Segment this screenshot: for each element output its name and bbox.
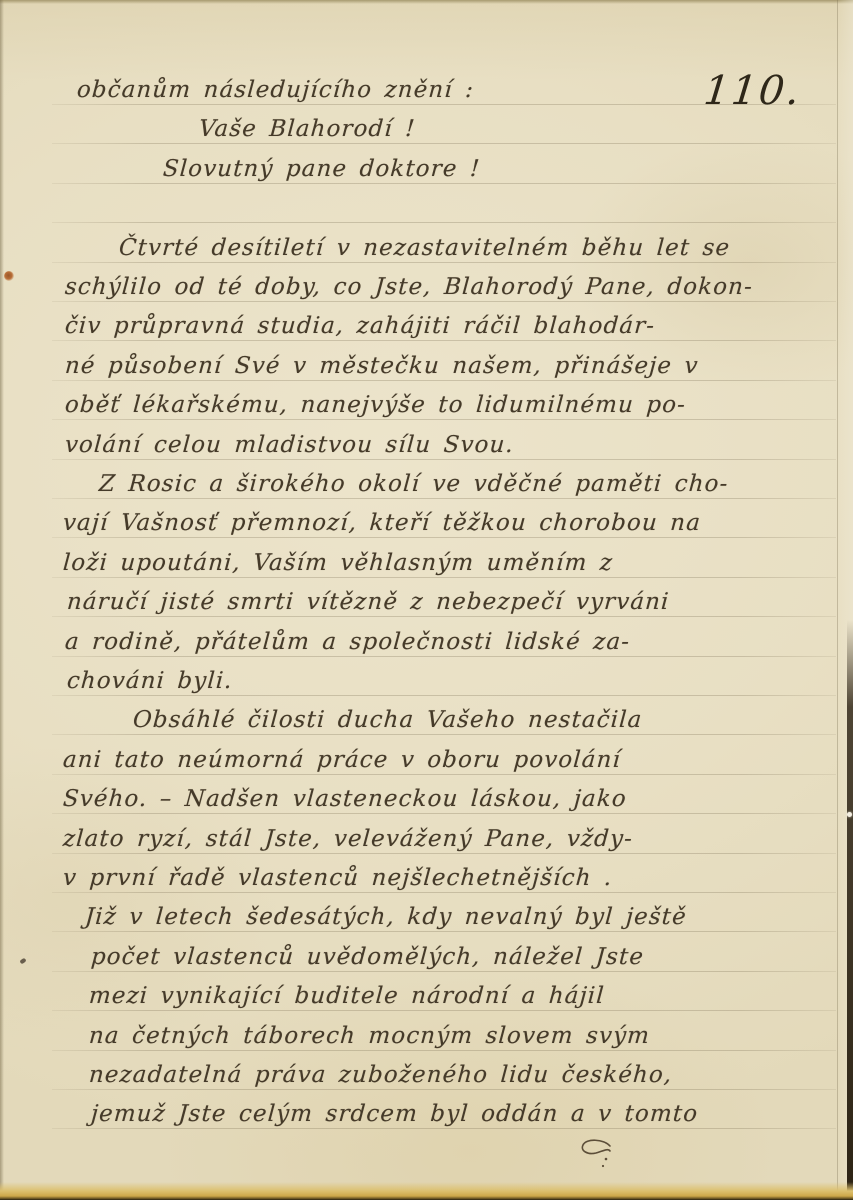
ruled-line bbox=[52, 971, 836, 972]
text-line: Z Rosic a širokého okolí ve vděčné pamět… bbox=[98, 471, 729, 497]
ruled-line bbox=[52, 498, 836, 499]
text-line: schýlilo od té doby, co Jste, Blahorodý … bbox=[64, 274, 754, 300]
text-line: jemuž Jste celým srdcem byl oddán a v to… bbox=[90, 1101, 699, 1127]
ink-speck bbox=[19, 958, 26, 965]
ruled-line bbox=[52, 853, 836, 854]
ruled-line bbox=[52, 734, 836, 735]
flourish-mark bbox=[576, 1138, 616, 1172]
ruled-line bbox=[52, 262, 836, 263]
ruled-line bbox=[52, 1089, 836, 1090]
text-line: mezi vynikající buditele národní a hájil bbox=[88, 983, 606, 1009]
ruled-line bbox=[52, 222, 836, 223]
ruled-line bbox=[52, 1010, 836, 1011]
scan-edge-top bbox=[0, 0, 853, 4]
text-line: náručí jisté smrti vítězně z nebezpečí v… bbox=[66, 589, 670, 615]
text-line: volání celou mladistvou sílu Svou. bbox=[64, 432, 515, 458]
text-line: né působení Své v městečku našem, přináš… bbox=[64, 353, 700, 379]
ruled-line bbox=[52, 143, 836, 144]
ruled-line bbox=[52, 774, 836, 775]
page-number: 110. bbox=[702, 68, 804, 114]
ruled-line bbox=[52, 1128, 836, 1129]
scan-border-right bbox=[847, 620, 853, 1200]
text-line: občanům následujícího znění : bbox=[76, 77, 475, 103]
text-line: Slovutný pane doktore ! bbox=[162, 156, 481, 182]
ruled-line bbox=[52, 892, 836, 893]
text-line: Svého. – Nadšen vlasteneckou láskou, jak… bbox=[62, 786, 628, 812]
ruled-line bbox=[52, 340, 836, 341]
text-line: oběť lékařskému, nanejvýše to lidumilném… bbox=[64, 392, 687, 418]
text-line: chováni byli. bbox=[66, 668, 234, 694]
ruled-line bbox=[52, 616, 836, 617]
text-line: loži upoutáni, Vaším věhlasným uměním z bbox=[62, 550, 614, 576]
ruled-line bbox=[52, 931, 836, 932]
text-line: počet vlastenců uvědomělých, náležel Jst… bbox=[90, 944, 645, 970]
text-line: v první řadě vlastenců nejšlechetnějších… bbox=[62, 865, 613, 891]
foxing-stain bbox=[4, 271, 14, 281]
ruled-line bbox=[52, 695, 836, 696]
ruled-line bbox=[52, 1050, 836, 1051]
text-line: nezadatelná práva zuboženého lidu českéh… bbox=[88, 1062, 673, 1088]
ruled-line bbox=[52, 380, 836, 381]
ruled-line bbox=[52, 301, 836, 302]
ruled-line bbox=[52, 577, 836, 578]
text-line: na četných táborech mocným slovem svým bbox=[88, 1023, 651, 1049]
ruled-line bbox=[52, 419, 836, 420]
text-line: zlato ryzí, stál Jste, velevážený Pane, … bbox=[62, 826, 634, 852]
scan-edge-bottom bbox=[0, 1182, 853, 1200]
text-line: ani tato neúmorná práce v oboru povolání bbox=[62, 747, 622, 773]
paper-speck bbox=[847, 812, 852, 817]
ruled-line bbox=[52, 813, 836, 814]
text-line: a rodině, přátelům a společnosti lidské … bbox=[64, 629, 631, 655]
text-line: Obsáhlé čilosti ducha Vašeho nestačila bbox=[132, 707, 643, 733]
text-line: Již v letech šedesátých, kdy nevalný byl… bbox=[84, 904, 688, 930]
text-line: čiv průpravná studia, zahájiti ráčil bla… bbox=[64, 313, 656, 339]
scan-edge-left bbox=[0, 0, 4, 1200]
ruled-line bbox=[52, 183, 836, 184]
ruled-line bbox=[52, 459, 836, 460]
manuscript-page: 110. občanům následujícího znění :Vaše B… bbox=[0, 0, 853, 1200]
ruled-line bbox=[52, 656, 836, 657]
ruled-line bbox=[52, 537, 836, 538]
text-line: vají Vašnosť přemnozí, kteří těžkou chor… bbox=[62, 510, 702, 536]
text-line: Čtvrté desítiletí v nezastavitelném běhu… bbox=[118, 235, 731, 261]
text-line: Vaše Blahorodí ! bbox=[198, 116, 417, 142]
